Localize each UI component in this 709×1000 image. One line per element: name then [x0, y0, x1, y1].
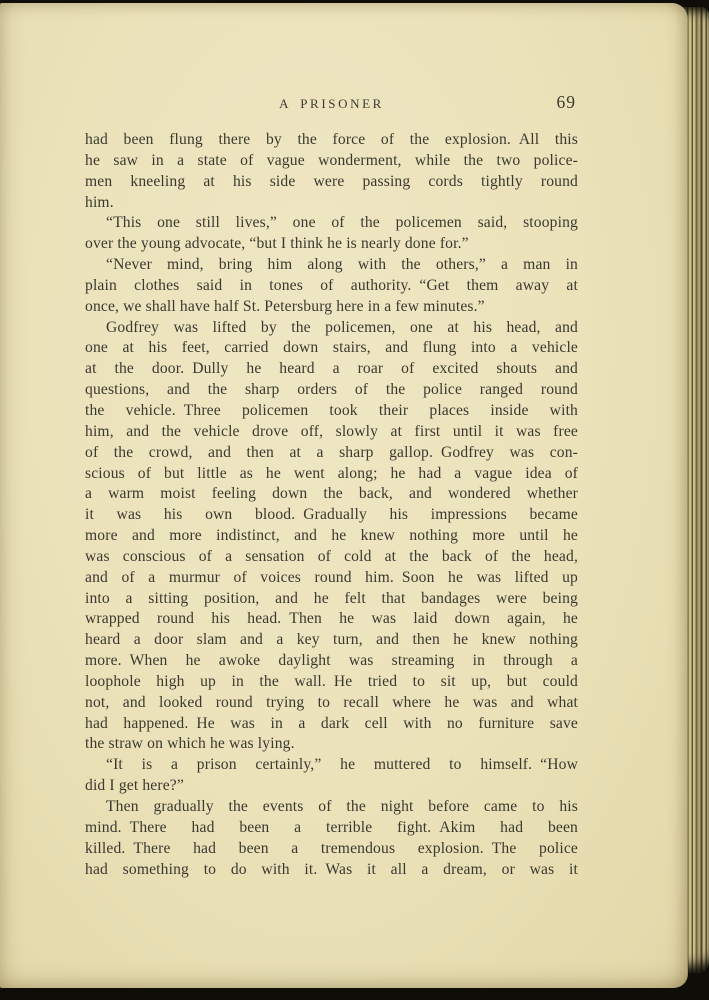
text-line: over the young advocate, “but I think he…	[85, 234, 578, 255]
text-line: and of a murmur of voices round him. Soo…	[85, 568, 578, 589]
text-line: “It is a prison certainly,” he muttered …	[85, 755, 578, 776]
text-line: scious of but little as he went along; h…	[85, 464, 578, 485]
text-line: a warm moist feeling down the back, and …	[85, 484, 578, 505]
text-line: it was his own blood. Gradually his impr…	[85, 505, 578, 526]
page-header: A PRISONER 69	[85, 92, 578, 114]
text-line: the vehicle. Three policemen took their …	[85, 401, 578, 422]
text-line: “Never mind, bring him along with the ot…	[85, 255, 578, 276]
book-scan: A PRISONER 69 had been flung there by th…	[0, 0, 709, 1000]
text-line: not, and looked round trying to recall w…	[85, 693, 578, 714]
text-line: at the door. Dully he heard a roar of ex…	[85, 359, 578, 380]
text-line: questions, and the sharp orders of the p…	[85, 380, 578, 401]
text-line: plain clothes said in tones of authority…	[85, 276, 578, 297]
text-line: more. When he awoke daylight was streami…	[85, 651, 578, 672]
running-title: A PRISONER	[85, 96, 578, 112]
text-line: was conscious of a sensation of cold at …	[85, 547, 578, 568]
text-line: did I get here?”	[85, 776, 578, 797]
text-line: men kneeling at his side were passing co…	[85, 172, 578, 193]
text-line: him, and the vehicle drove off, slowly a…	[85, 422, 578, 443]
text-line: Godfrey was lifted by the policemen, one…	[85, 318, 578, 339]
text-line: one at his feet, carried down stairs, an…	[85, 338, 578, 359]
text-line: the straw on which he was lying.	[85, 734, 578, 755]
text-line: Then gradually the events of the night b…	[85, 797, 578, 818]
text-line: heard a door slam and a key turn, and th…	[85, 630, 578, 651]
text-line: of the crowd, and then at a sharp gallop…	[85, 443, 578, 464]
book-page: A PRISONER 69 had been flung there by th…	[0, 3, 688, 988]
text-line: had something to do with it. Was it all …	[85, 860, 578, 881]
text-line: had happened. He was in a dark cell with…	[85, 714, 578, 735]
text-line: more and more indistinct, and he knew no…	[85, 526, 578, 547]
text-line: he saw in a state of vague wonderment, w…	[85, 151, 578, 172]
text-line: “This one still lives,” one of the polic…	[85, 213, 578, 234]
page-body: had been flung there by the force of the…	[85, 130, 578, 880]
text-line: wrapped round his head. Then he was laid…	[85, 609, 578, 630]
text-line: loophole high up in the wall. He tried t…	[85, 672, 578, 693]
text-line: him.	[85, 193, 578, 214]
text-line: had been flung there by the force of the…	[85, 130, 578, 151]
text-line: once, we shall have half St. Petersburg …	[85, 297, 578, 318]
text-line: killed. There had been a tremendous expl…	[85, 839, 578, 860]
text-line: mind. There had been a terrible fight. A…	[85, 818, 578, 839]
page-number: 69	[557, 92, 577, 113]
text-line: into a sitting position, and he felt tha…	[85, 589, 578, 610]
